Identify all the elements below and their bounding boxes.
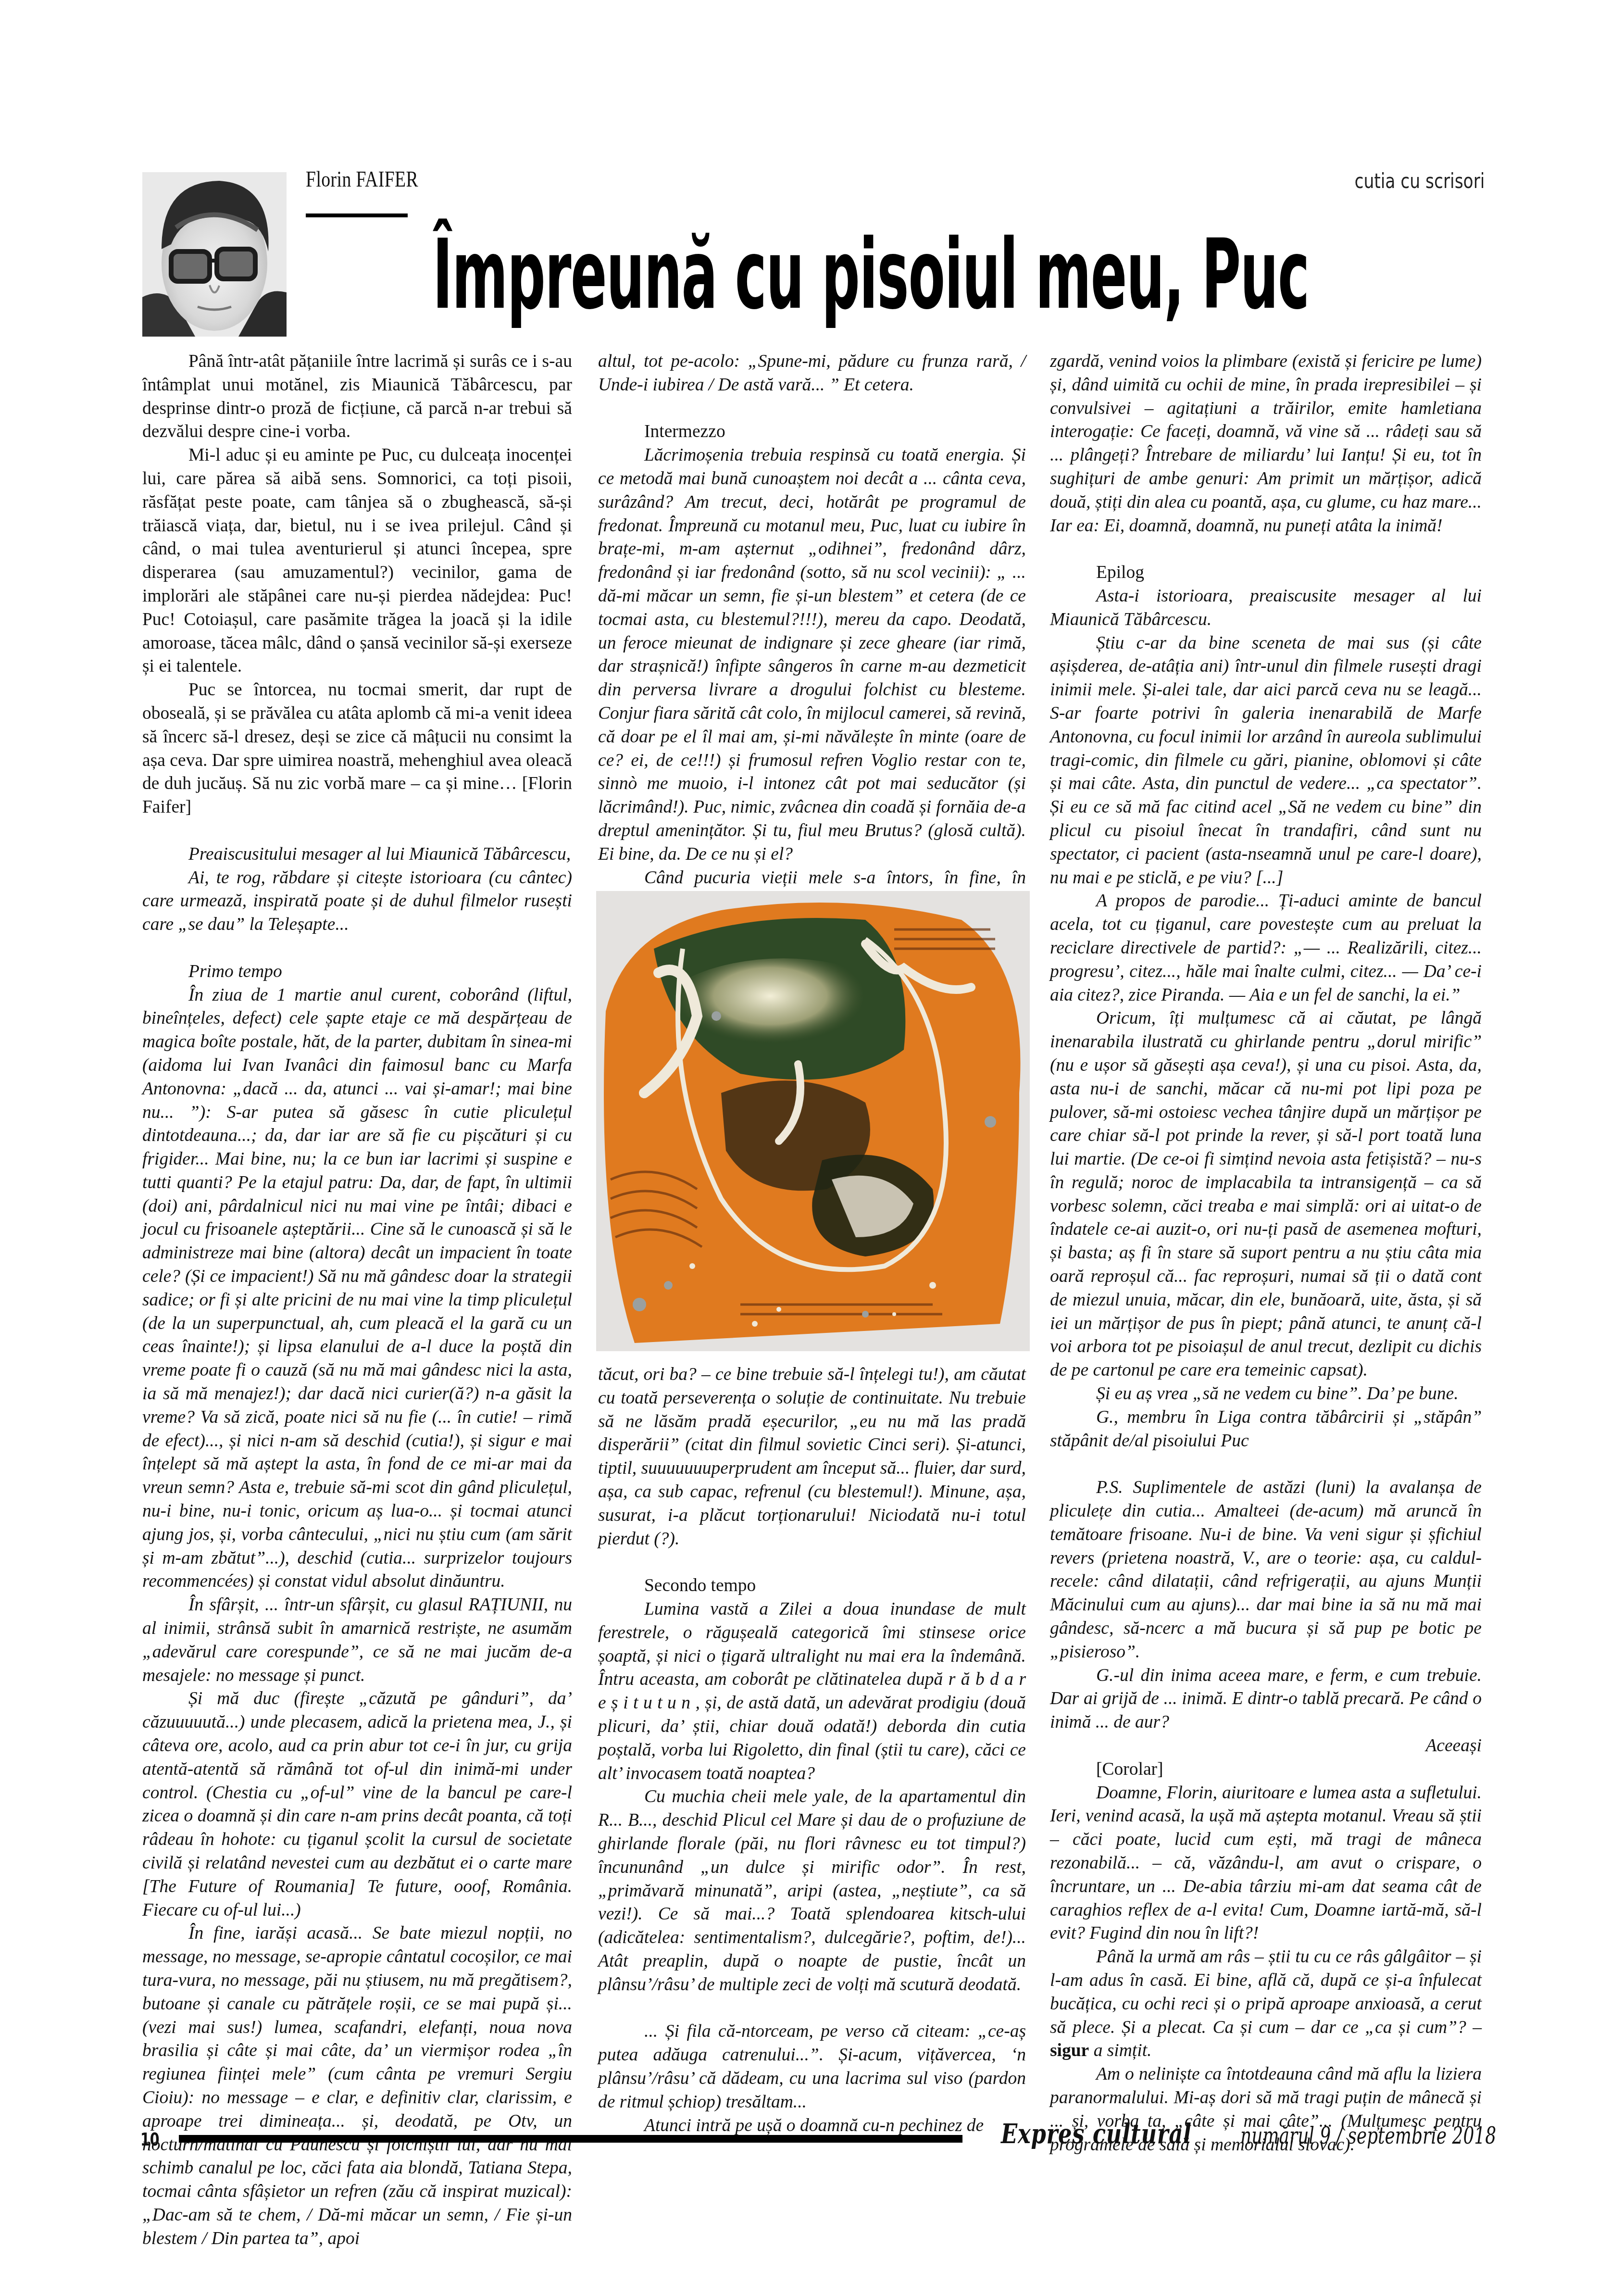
section-heading-secondo-tempo: Secondo tempo [598,1574,1026,1598]
paragraph: G.-ul din inima aceea mare, e ferm, e cu… [1050,1664,1482,1734]
article-column-1: Până într-atât pățaniile între lacrimă ș… [142,350,572,2251]
paragraph: Puc se întorcea, nu tocmai smerit, dar r… [142,678,572,819]
paragraph: Cu muchia cheii mele yale, de la apartam… [598,1785,1026,1996]
footer-rule [179,2135,962,2143]
paragraph: Lumina vastă a Zilei a doua inundase de … [598,1598,1026,1785]
paragraph: Ai, te rog, răbdare și citește istorioar… [142,866,572,937]
section-heading-primo-tempo: Primo tempo [142,960,572,984]
emphasis-sigur: sigur [1050,2041,1089,2060]
paragraph: tăcut, ori ba? – ce bine trebuie să-l în… [598,1363,1026,1551]
paragraph: Mi-l aduc și eu aminte pe Puc, cu dulcea… [142,444,572,678]
article-column-2: altul, tot pe-acolo: „Spune-mi, pădure c… [598,350,1026,937]
paragraph: ... Și fila că-ntorceam, pe verso că cit… [598,2020,1026,2114]
paragraph: Oricum, îți mulțumesc că ai căutat, pe l… [1050,1007,1482,1382]
paragraph: Lăcrimoșenia trebuia respinsă cu toată e… [598,444,1026,866]
text-run: Până la urmă am râs – știi tu cu ce râs … [1050,1947,1482,2037]
article-column-2-continued: tăcut, ori ba? – ce bine trebuie să-l în… [598,1363,1026,2137]
paragraph: Și eu aș vrea „să ne vedem cu bine”. Da’… [1050,1382,1482,1406]
paragraph: Până într-atât pățaniile între lacrimă ș… [142,350,572,444]
text-run: a simțit. [1089,2041,1151,2060]
section-heading-corolar: [Corolar] [1050,1758,1482,1782]
issue-info: numărul 9 / septembrie 2018 [1240,2122,1496,2149]
section-heading-intermezzo: Intermezzo [598,420,1026,444]
author-underline [306,213,408,217]
page-number: 10 [140,2129,160,2150]
section-heading-epilog: Epilog [1050,561,1482,585]
section-rubric: cutia cu scrisori [1354,169,1485,193]
publication-name: Expres cultural [1001,2118,1192,2150]
paragraph: Până la urmă am râs – știi tu cu ce râs … [1050,1946,1482,2063]
portrait-icon [142,172,287,337]
abstract-painting-icon [596,891,1030,1351]
postscript: P.S. Suplimentele de astăzi (luni) la av… [1050,1476,1482,1664]
article-title: Împreună cu pisoiul meu, Puc [433,227,1309,323]
signature: G., membru în Liga contra tăbârcirii și … [1050,1406,1482,1453]
paragraph: altul, tot pe-acolo: „Spune-mi, pădure c… [598,350,1026,397]
abstract-painting [596,891,1030,1351]
paragraph: A propos de parodie... Ți-aduci aminte d… [1050,890,1482,1007]
paragraph: Doamne, Florin, aiuritoare e lumea asta … [1050,1782,1482,1946]
paragraph: În fine, iarăși acasă... Se bate miezul … [142,1922,572,2250]
paragraph: În ziua de 1 martie anul curent, coborân… [142,984,572,1594]
paragraph: Și mă duc (firește „căzută pe gânduri”, … [142,1687,572,1922]
paragraph: În sfârșit, ... într-un sfârșit, cu glas… [142,1594,572,1687]
paragraph: Asta-i istorioara, preaiscusite mesager … [1050,585,1482,632]
letter-salutation: Preaiscusitului mesager al lui Miaunică … [142,843,572,866]
author-photo [142,172,287,337]
paragraph: Atunci intră pe ușă o doamnă cu-n pechin… [598,2114,1026,2138]
article-column-3: zgardă, venind voios la plimbare (există… [1050,350,1482,2157]
paragraph: Știu c-ar da bine sceneta de mai sus (și… [1050,632,1482,890]
signature-aceeasi: Aceeași [1050,1734,1482,1758]
paragraph: zgardă, venind voios la plimbare (există… [1050,350,1482,538]
author-name: Florin FAIFER [306,166,418,192]
